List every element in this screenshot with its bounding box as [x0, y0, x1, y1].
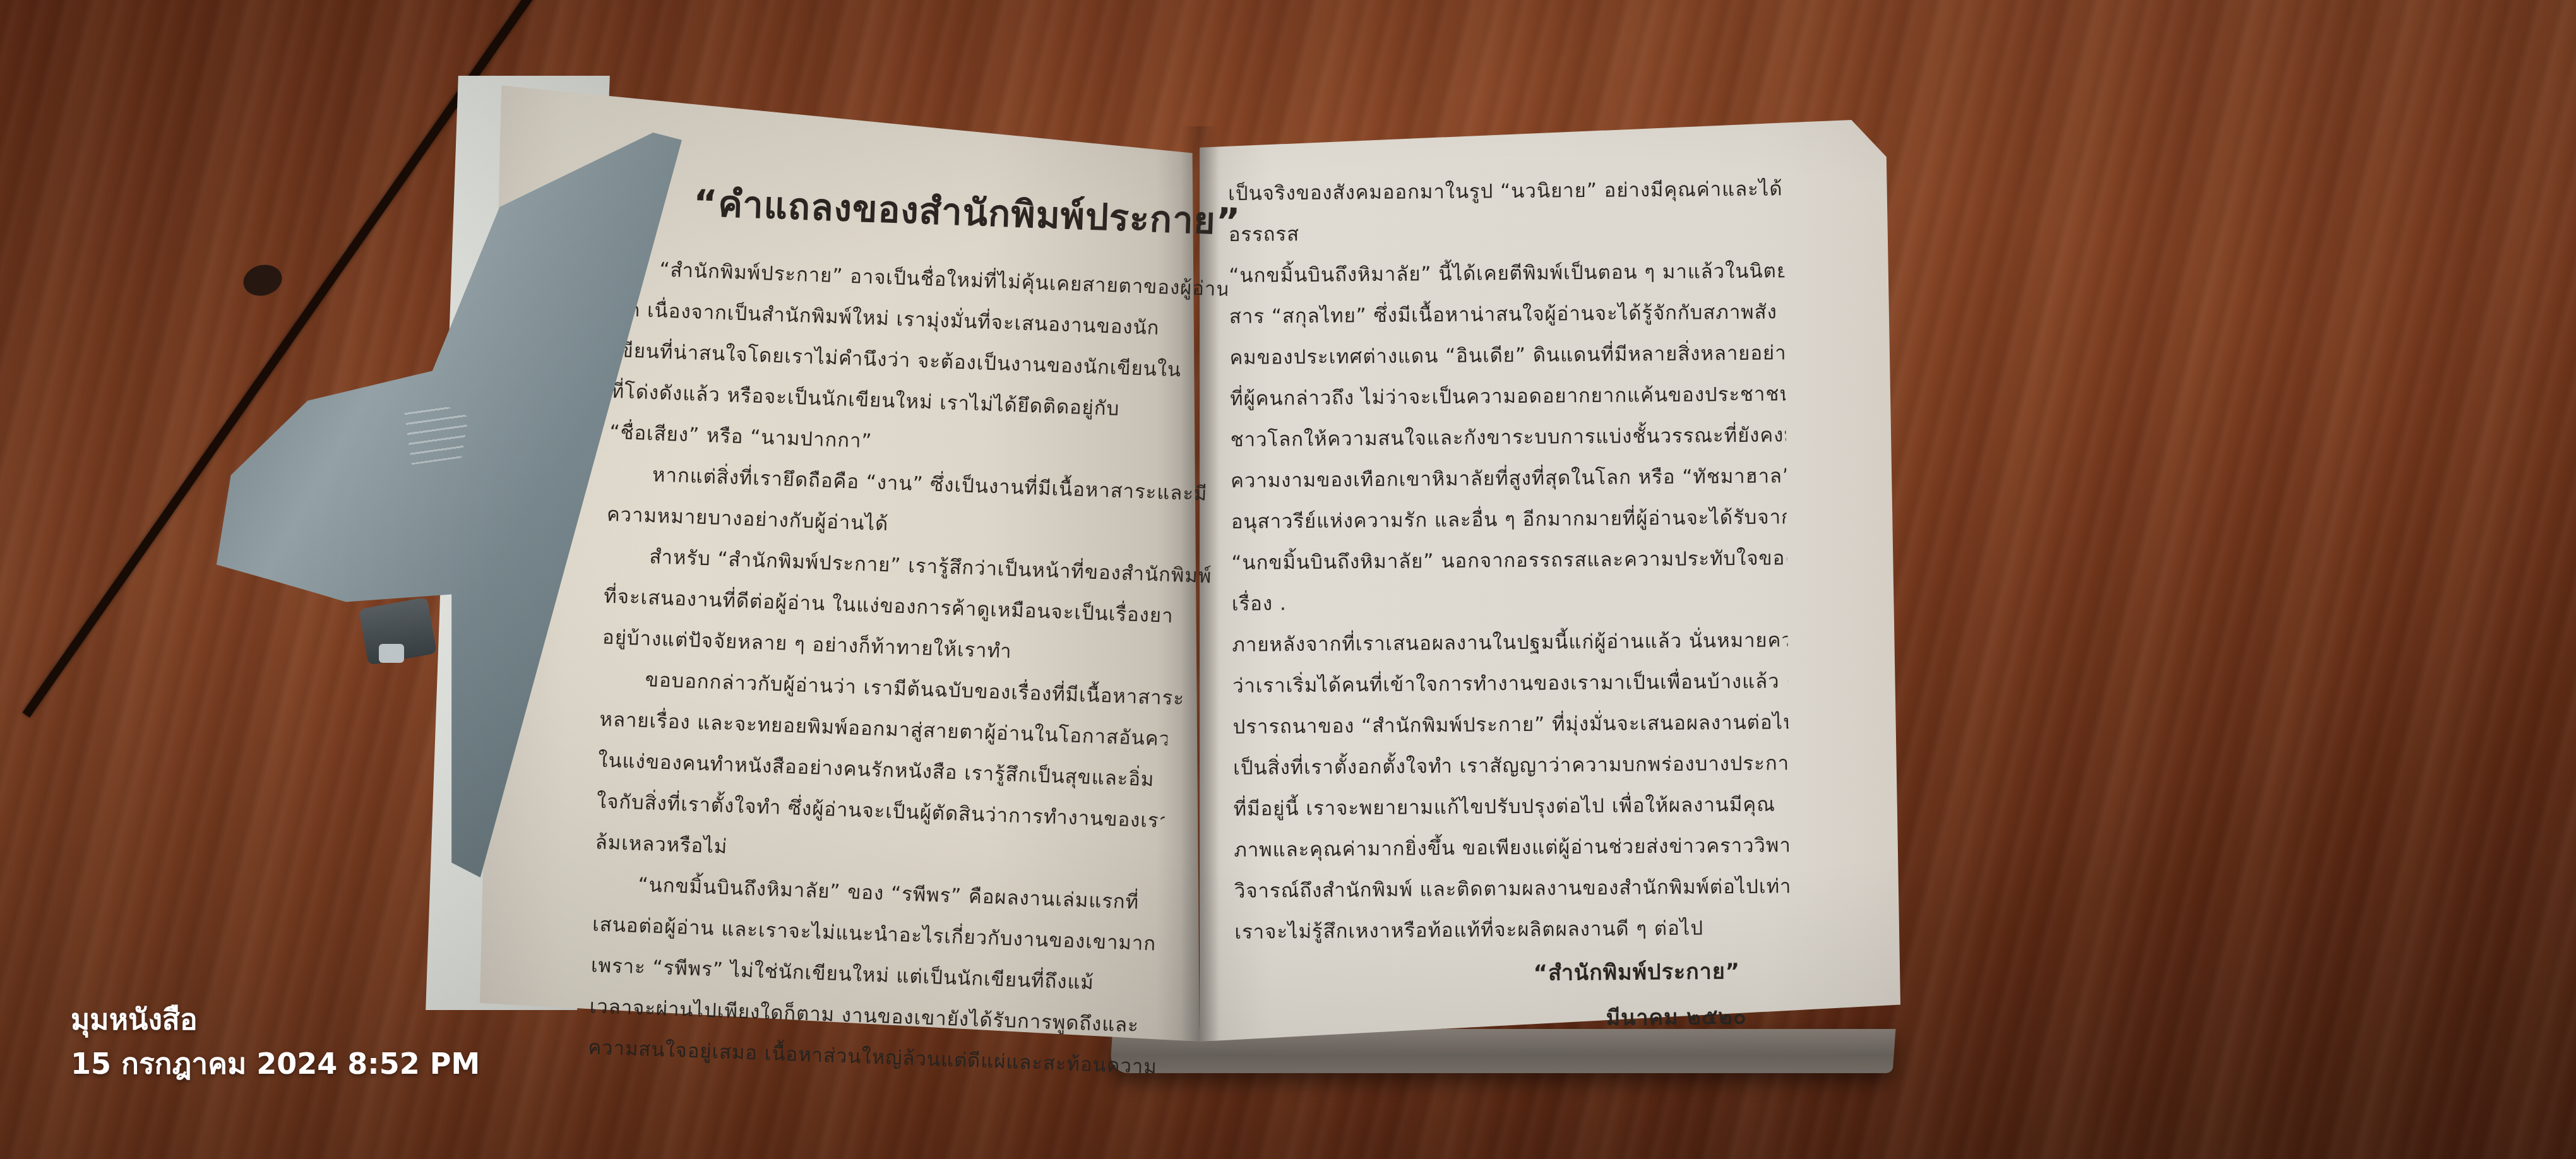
text-line: ว่าเราเริ่มได้คนที่เข้าใจการทำงานของเราม…	[1232, 661, 1789, 707]
text-line: ปรารถนาของ “สำนักพิมพ์ประกาย” ที่มุ่งมั่…	[1232, 702, 1789, 748]
text-line: ความงามของเทือกเขาหิมาลัยที่สูงที่สุดในโ…	[1231, 456, 1787, 502]
text-line: เรื่อง .	[1232, 579, 1788, 625]
publisher-signature: “สำนักพิมพ์ประกาย”	[1235, 948, 1791, 999]
text-line: วิจารณ์ถึงสำนักพิมพ์ และติดตามผลงานของสำ…	[1234, 866, 1791, 912]
left-page-text: “คำแถลงของสำนักพิมพ์ประกาย” “สำนักพิมพ์ป…	[587, 170, 1186, 1088]
text-line: ภายหลังจากที่เราเสนอผลงานในปฐมนี้แก่ผู้อ…	[1232, 620, 1788, 666]
text-line: คมของประเทศต่างแดน “อินเดีย” ดินแดนที่มี…	[1229, 333, 1786, 379]
statement-date: มีนาคม ๒๕๒๐	[1235, 994, 1791, 1044]
text-line: ที่ผู้คนกล่าวถึง ไม่ว่าจะเป็นความอดอยากย…	[1230, 374, 1786, 420]
camera-watermark: มุมหนังสือ 15 กรกฎาคม 2024 8:52 PM	[71, 997, 480, 1086]
text-line: เป็นสิ่งที่เราตั้งอกตั้งใจทำ เราสัญญาว่า…	[1233, 743, 1789, 789]
watermark-title: มุมหนังสือ	[71, 997, 480, 1042]
left-page-body: “สำนักพิมพ์ประกาย” อาจเป็นชื่อใหม่ที่ไม่…	[587, 248, 1184, 1088]
text-line: สาร “สกุลไทย” ซึ่งมีเนื้อหาน่าสนใจผู้อ่า…	[1229, 292, 1786, 338]
text-line: เราจะไม่รู้สึกเหงาหรือท้อแท้ที่จะผลิตผลง…	[1234, 907, 1791, 953]
text-line: อนุสาวรีย์แห่งความรัก และอื่น ๆ อีกมากมา…	[1231, 497, 1787, 543]
watermark-datetime: 15 กรกฎาคม 2024 8:52 PM	[71, 1042, 480, 1086]
text-line: ภาพและคุณค่ามากยิ่งขึ้น ขอเพียงแต่ผู้อ่า…	[1234, 825, 1790, 871]
text-line: เป็นจริงของสังคมออกมาในรูป “นวนิยาย” อย่…	[1228, 169, 1784, 215]
clip-bolt	[379, 644, 404, 663]
right-page-body: เป็นจริงของสังคมออกมาในรูป “นวนิยาย” อย่…	[1228, 169, 1791, 953]
text-line: อรรถรส	[1229, 210, 1785, 256]
text-line: ที่มีอยู่นี้ เราจะพยายามแก้ไขปรับปรุงต่อ…	[1234, 784, 1790, 830]
text-line: “นกขมิ้นบินถึงหิมาลัย” นี้ได้เคยตีพิมพ์เ…	[1229, 251, 1785, 297]
text-line: “นกขมิ้นบินถึงหิมาลัย” นอกจากอรรถรสและคว…	[1231, 538, 1787, 584]
right-page-text: เป็นจริงของสังคมออกมาในรูป “นวนิยาย” อย่…	[1228, 169, 1791, 1044]
text-line: ชาวโลกให้ความสนใจและกังขาระบบการแบ่งชั้น…	[1230, 415, 1786, 461]
